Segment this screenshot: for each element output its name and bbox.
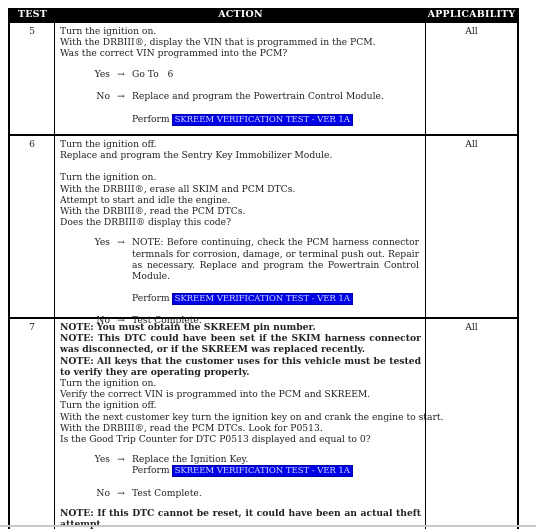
perform-line: Perform SKREEM VERIFICATION TEST - VER 1… <box>60 114 421 126</box>
question-line: Does the DRBIII® display this code? <box>60 217 421 228</box>
note-text: NOTE: You must obtain the SKREEM pin num… <box>60 322 421 333</box>
perform-prefix: Perform <box>132 114 170 125</box>
no-label: No <box>60 488 110 499</box>
no-answer: No → Test Complete. <box>60 488 421 499</box>
arrow-right-icon: → <box>110 69 132 80</box>
header-test: TEST <box>10 8 55 21</box>
action-cell: NOTE: You must obtain the SKREEM pin num… <box>55 319 426 529</box>
step-line: With the DRBIII®, read the PCM DTCs. Loo… <box>60 423 421 434</box>
step-line: With the DRBIII®, display the VIN that i… <box>60 37 421 48</box>
step-line: Verify the correct VIN is programmed int… <box>60 389 421 400</box>
yes-text: Replace the Ignition Key. <box>132 454 421 465</box>
arrow-right-icon: → <box>110 91 132 102</box>
yes-answer: Yes → Go To 6 <box>60 69 421 80</box>
no-answer: No → Replace and program the Powertrain … <box>60 91 421 102</box>
applicability-cell: All <box>426 319 517 529</box>
perform-prefix: Perform <box>132 293 170 304</box>
table-row-test-6: 6 Turn the ignition off. Replace and pro… <box>10 134 517 317</box>
header-applicability: APPLICABILITY <box>426 8 517 21</box>
applicability-cell: All <box>426 23 517 134</box>
step-line: With the next customer key turn the igni… <box>60 412 421 423</box>
diagnostic-test-table: TEST ACTION APPLICABILITY 5 Turn the ign… <box>8 8 519 529</box>
step-line: Attempt to start and idle the engine. <box>60 195 421 206</box>
perform-prefix: Perform <box>132 465 170 476</box>
yes-text: NOTE: Before continuing, check the PCM h… <box>132 237 421 282</box>
arrow-right-icon: → <box>110 454 132 465</box>
skreem-verification-link[interactable]: SKREEM VERIFICATION TEST - VER 1A <box>173 115 352 125</box>
no-text: Test Complete. <box>132 488 421 499</box>
action-cell: Turn the ignition on. With the DRBIII®, … <box>55 23 426 134</box>
header-action: ACTION <box>55 8 426 21</box>
step-line: Turn the ignition off. <box>60 400 421 411</box>
step-line: Turn the ignition off. <box>60 139 421 150</box>
question-line: Is the Good Trip Counter for DTC P0513 d… <box>60 434 421 445</box>
yes-label: Yes <box>60 237 110 282</box>
step-line: Replace and program the Sentry Key Immob… <box>60 150 421 161</box>
test-number: 6 <box>10 136 55 317</box>
arrow-right-icon: → <box>110 488 132 499</box>
question-line: Was the correct VIN programmed into the … <box>60 48 421 59</box>
skreem-verification-link[interactable]: SKREEM VERIFICATION TEST - VER 1A <box>173 294 352 304</box>
yes-answer: Yes → NOTE: Before continuing, check the… <box>60 237 421 282</box>
step-line: With the DRBIII®, erase all SKIM and PCM… <box>60 184 421 195</box>
step-line: Turn the ignition on. <box>60 26 421 37</box>
yes-label: Yes <box>60 69 110 80</box>
perform-line: Perform SKREEM VERIFICATION TEST - VER 1… <box>60 293 421 305</box>
step-line: Turn the ignition on. <box>60 378 421 389</box>
page-bottom-divider <box>0 525 536 527</box>
table-header: TEST ACTION APPLICABILITY <box>10 8 517 21</box>
yes-answer: Yes → Replace the Ignition Key. <box>60 454 421 465</box>
action-cell: Turn the ignition off. Replace and progr… <box>55 136 426 317</box>
note-text: NOTE: This DTC could have been set if th… <box>60 333 421 355</box>
test-number: 5 <box>10 23 55 134</box>
arrow-right-icon: → <box>110 237 132 282</box>
table-row-test-7: 7 NOTE: You must obtain the SKREEM pin n… <box>10 317 517 529</box>
step-line: Turn the ignition on. <box>60 172 421 183</box>
note-text: NOTE: All keys that the customer uses fo… <box>60 356 421 378</box>
applicability-cell: All <box>426 136 517 317</box>
no-text: Replace and program the Powertrain Contr… <box>132 91 421 102</box>
yes-text: Go To 6 <box>132 69 421 80</box>
no-label: No <box>60 91 110 102</box>
table-row-test-5: 5 Turn the ignition on. With the DRBIII®… <box>10 21 517 134</box>
skreem-verification-link[interactable]: SKREEM VERIFICATION TEST - VER 1A <box>173 466 352 476</box>
step-line: With the DRBIII®, read the PCM DTCs. <box>60 206 421 217</box>
test-number: 7 <box>10 319 55 529</box>
yes-label: Yes <box>60 454 110 465</box>
perform-line: Perform SKREEM VERIFICATION TEST - VER 1… <box>60 465 421 477</box>
